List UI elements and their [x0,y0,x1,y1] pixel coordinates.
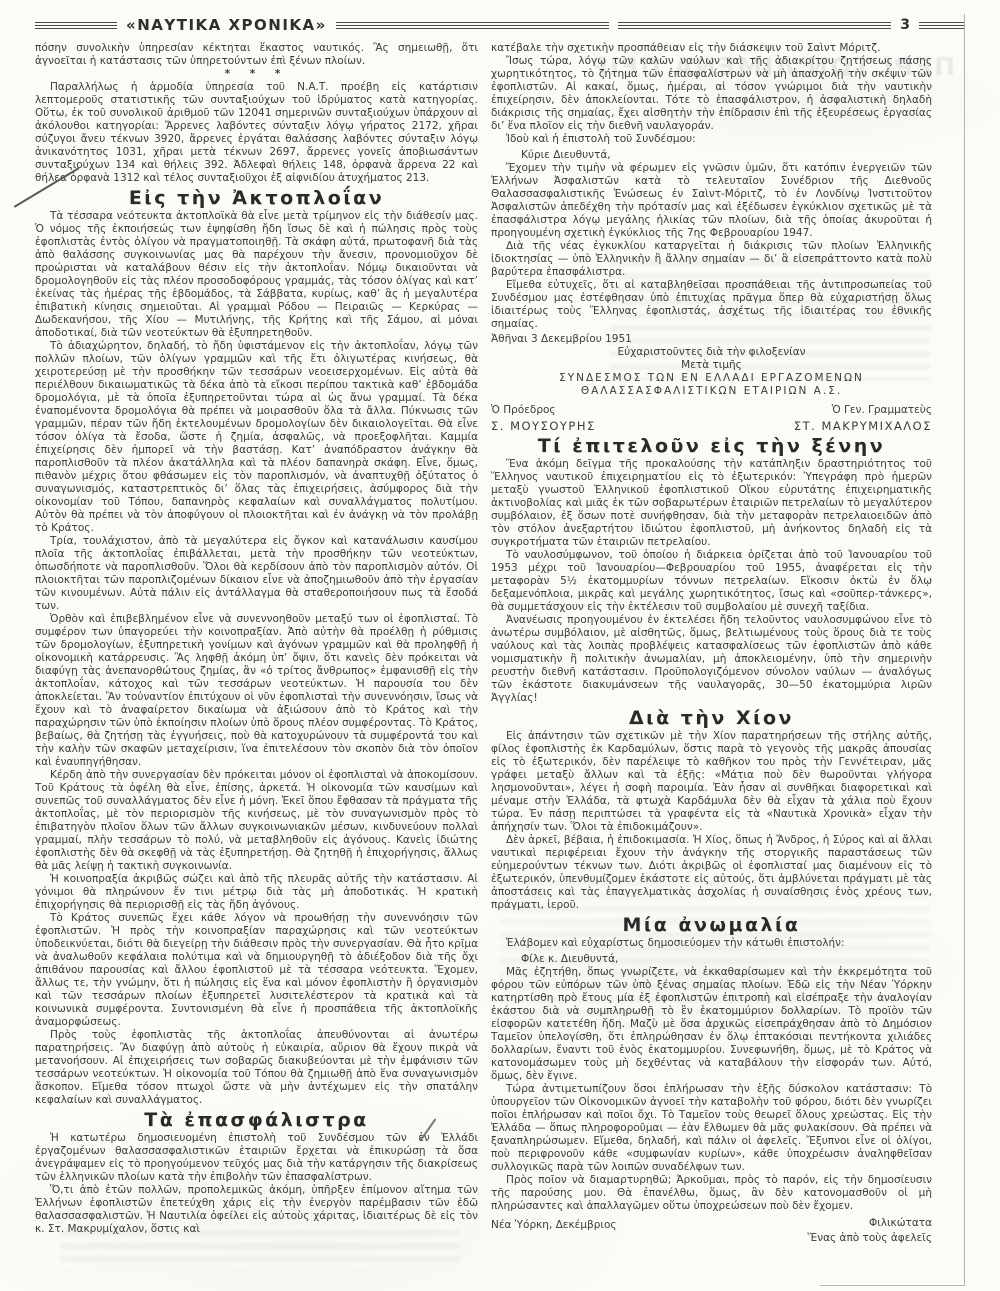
signatory-secretary: Ὁ Γεν. Γραμματεὺς ΣΤ. ΜΑΚΡΥΜΙΧΑΛΟΣ [794,404,932,433]
section-heading-aktoploia: Εἰς τὴν Ἀκτοπλοΐαν [35,192,478,205]
page-header: «ΝΑΥΤΙΚΑ ΧΡΟΝΙΚΑ» 3 [35,16,965,34]
paragraph: κατέβαλε τὴν σχετικὴν προσπάθειαν εἰς τὴ… [491,42,932,55]
paragraph: Παραλλήλως ἡ ἁρμοδία ὑπηρεσία τοῦ Ν.Α.Τ.… [35,81,478,185]
page-edge-line-bottom [820,1285,965,1286]
paragraph: Εἴμεθα εὐτυχεῖς, ὅτι αἱ καταβληθεῖσαι πρ… [491,279,932,331]
signatory-role: Ὁ Γεν. Γραμματεὺς [794,404,932,417]
paragraph: Τώρα ἀντιμετωπίζουν ὅσοι ἐπλήρωσαν τὴν ἑ… [491,1083,932,1174]
header-rule-mid-2 [618,22,891,29]
signatory-name: ΣΤ. ΜΑΚΡΥΜΙΧΑΛΟΣ [794,420,932,433]
paragraph: πόσην συνολικὴν ὑπηρεσίαν κέκτηται ἕκαστ… [35,42,478,68]
paragraph: Δὲν ἀρκεῖ, βέβαια, ἡ ἐπιδοκιμασία. Ἡ Χίο… [491,834,932,912]
paragraph: Ἐλάβομεν καὶ εὐχαρίστως δημοσιεύομεν τὴν… [491,937,932,950]
left-column: πόσην συνολικὴν ὑπηρεσίαν κέκτηται ἕκαστ… [35,42,478,1282]
paragraph: Ἀνανέωσις προηγουμένου ἐν ἐκτελέσει ἤδη … [491,614,932,705]
right-column: κατέβαλε τὴν σχετικὴν προσπάθειαν εἰς τὴ… [491,42,932,1287]
paragraph: Τρία, τουλάχιστον, ἀπὸ τὰ μεγαλύτερα εἰς… [35,535,478,613]
paragraph: Ἰδοὺ καὶ ἡ ἐπιστολὴ τοῦ Συνδέσμου: [491,133,932,146]
letter-dateline: Νέα Ὑόρκη, Δεκέμβριος [491,1219,617,1232]
header-rule-left [35,22,117,29]
organization-name-line: ΣΥΝΔΕΣΜΟΣ ΤΩΝ ΕΝ ΕΛΛΑΔΙ ΕΡΓΑΖΟΜΕΝΩΝ [491,372,932,385]
page-edge-line-vertical [964,14,965,1285]
paragraph: Διὰ τῆς νέας ἐγκυκλίου καταργεῖται ἡ διά… [491,240,932,279]
paragraph: Ὀρθὸν καὶ ἐπιβεβλημένον εἶνε νὰ συνεννοη… [35,613,478,769]
section-heading-xeni: Τί ἐπιτελοῦν εἰς τὴν ξένην [491,440,932,453]
header-rule-right [919,22,965,29]
paragraph: Ἕνα ἀκόμη δεῖγμα τῆς προκαλούσης τὴν κατ… [491,458,932,549]
header-rule-mid-1 [336,22,609,29]
paragraph: Τὰ τέσσαρα νεότευκτα ἀκτοπλοϊκὰ θὰ εἶνε … [35,210,478,340]
paragraph: Εἰς ἀπάντησιν τῶν σχετικῶν μὲ τὴν Χίον π… [491,730,932,834]
letter-signature: Ἕνας ἀπὸ τοὺς ἀφελεῖς [491,1232,932,1245]
section-heading-anomalia: Μία ἀνωμαλία [491,919,932,932]
section-separator-stars: * * * [35,68,478,81]
signatory-name: Σ. ΜΟΥΣΟΥΡΗΣ [491,420,596,433]
letter-closing-line: Μετὰ τιμῆς [491,359,932,372]
paragraph: Κέρδη ἀπὸ τὴν συνεργασίαν δὲν πρόκειται … [35,769,478,873]
paragraph: Μᾶς ἐζητήθη, ὅπως γνωρίζετε, νὰ ἐκκαθαρί… [491,966,932,1083]
paragraph: Ἡ κατωτέρω δημοσιευομένη ἐπιστολὴ τοῦ Συ… [35,1132,478,1184]
paragraph: Ἴσως τώρα, λόγῳ τῶν καλῶν ναύλων καὶ τῆς… [491,55,932,133]
section-heading-chios: Διὰ τὴν Χίον [491,712,932,725]
paragraph: Τὸ ναυλοσύμφωνον, τοῦ ὁποίου ἡ διάρκεια … [491,549,932,614]
paragraph: Ἡ κοινοπραξία ἀκριβῶς σώζει καὶ ἀπὸ τῆς … [35,873,478,912]
paragraph: Πρὸς τοὺς ἐφοπλιστὰς τῆς ἀκτοπλοΐας ἀπευ… [35,1029,478,1107]
letter-footer: Νέα Ὑόρκη, Δεκέμβριος Φιλικώτατα [491,1217,932,1232]
masthead-title: «ΝΑΥΤΙΚΑ ΧΡΟΝΙΚΑ» [126,16,327,34]
section-heading-epasfalistra: Τὰ ἐπασφάλιστρα [35,1114,478,1127]
newspaper-page-scan: { "masthead": { "title": "«ΝΑΥΤΙΚΑ ΧΡΟΝΙ… [0,0,1000,1291]
organization-name-line: ΘΑΛΑΣΣΑΣΦΑΛΙΣΤΙΚΩΝ ΕΤΑΙΡΙΩΝ Α.Σ. [491,385,932,398]
paragraph: Ἔχομεν τὴν τιμὴν νὰ φέρωμεν εἰς γνῶσιν ὑ… [491,162,932,240]
signatory-president: Ὁ Πρόεδρος Σ. ΜΟΥΣΟΥΡΗΣ [491,404,596,433]
signature-block: Ὁ Πρόεδρος Σ. ΜΟΥΣΟΥΡΗΣ Ὁ Γεν. Γραμματεὺ… [491,404,932,433]
letter-dateline: Ἀθῆναι 3 Δεκεμβρίου 1951 [491,333,932,346]
letter-closing-line: Εὐχαριστοῦντες διὰ τὴν φιλοξενίαν [491,346,932,359]
paragraph: Τὸ Κράτος συνεπῶς ἔχει κάθε λόγον νὰ προ… [35,912,478,1029]
paragraph: Τὸ ἀδιαχώρητον, δηλαδή, τὸ ἤδη ὑφιστάμεν… [35,340,478,535]
paragraph: Ὅ,τι ἀπὸ ἐτῶν πολλῶν, προπολεμικῶς ἀκόμη… [35,1184,478,1236]
letter-closing-line: Φιλικώτατα [869,1217,932,1232]
page-number: 3 [900,17,910,33]
letter-salutation: Φίλε κ. Διευθυντά, [491,953,932,966]
letter-salutation: Κύριε Διευθυντά, [491,149,932,162]
signatory-role: Ὁ Πρόεδρος [491,404,596,417]
paragraph: Πρὸς ποῖον νὰ διαμαρτυρηθῶ; Ἀρκοῦμαι, πρ… [491,1174,932,1213]
